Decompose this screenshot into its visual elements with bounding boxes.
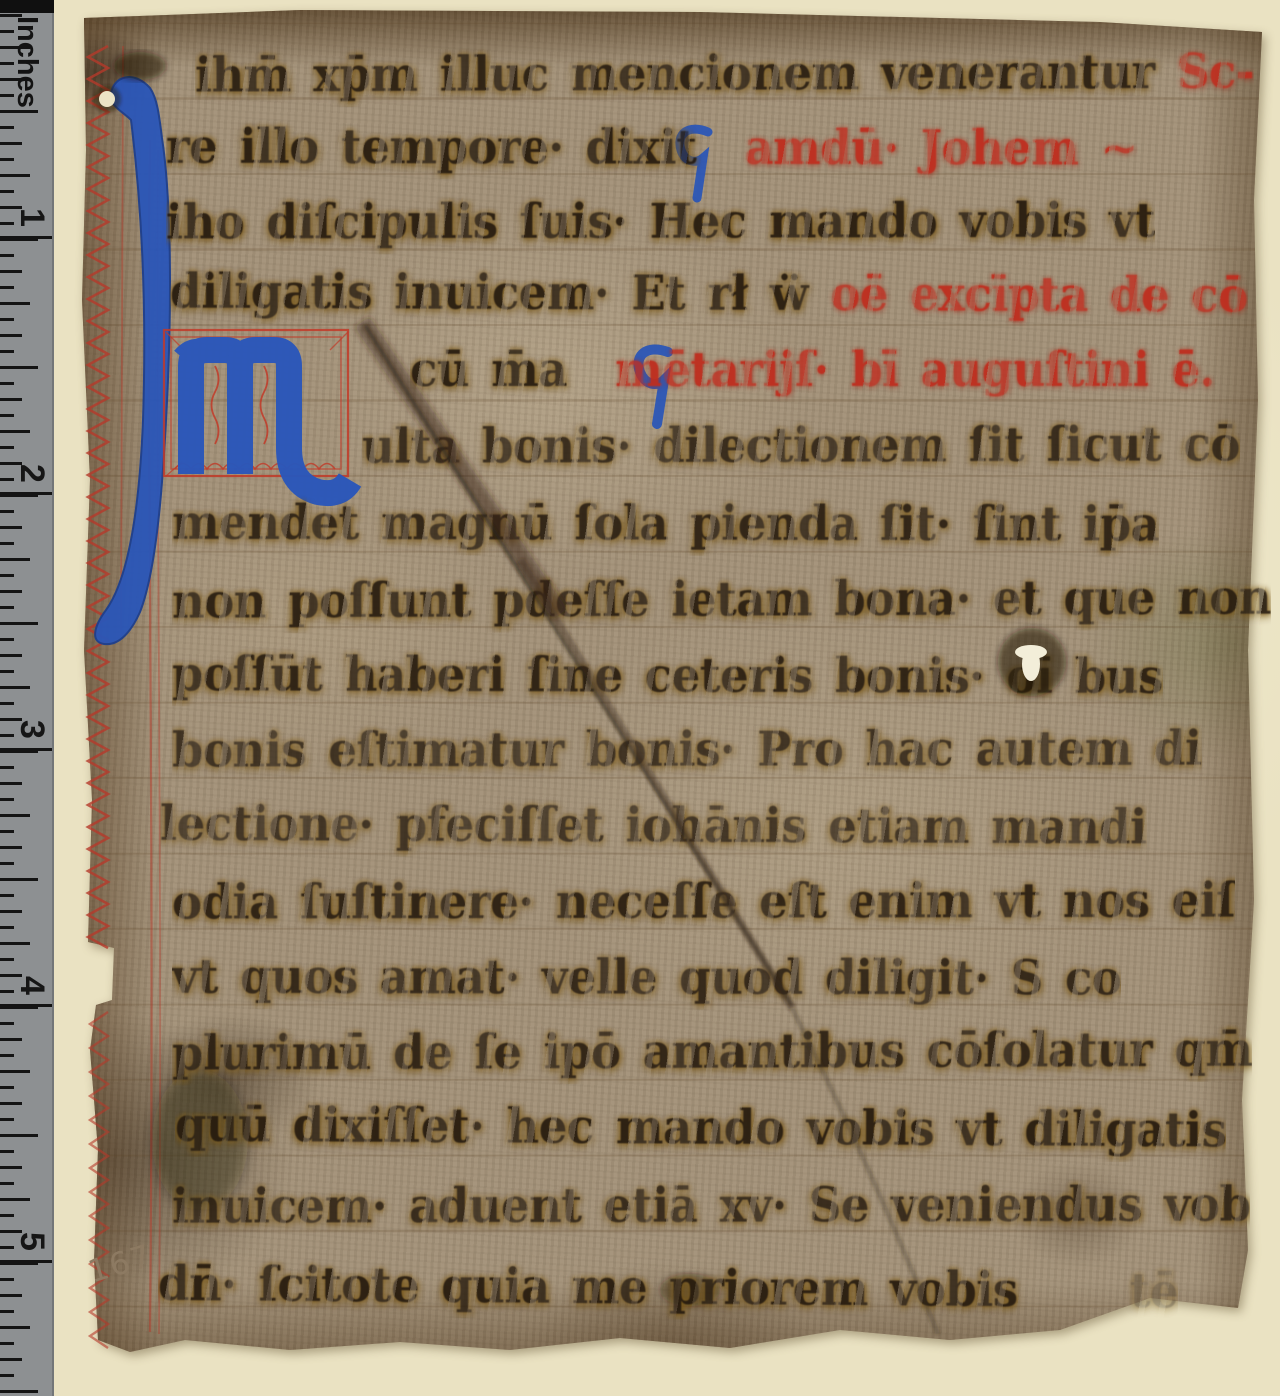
text-segment-black: mendet magnū ſola pienda ſit· ſint ip̄a	[172, 494, 1159, 552]
manuscript-text-line: quū dixiſſet· hec mando vobis vt diligat…	[175, 1093, 1227, 1162]
text-segment-faint: tē	[1130, 1263, 1179, 1320]
ruler-number: 5	[12, 1232, 51, 1251]
manuscript-text-line: bonis eſtimatur bonis· Pro hac autem di	[172, 717, 1202, 783]
text-segment-black: iho diſcipulis ſuis· Hec mando vobis vt	[166, 192, 1155, 250]
text-segment-black: inuicem· aduent etiā xv· Se veniendus vo…	[172, 1176, 1251, 1234]
text-segment-red: mētarijſ· bī auguſtini ē.	[615, 341, 1215, 397]
manuscript-text-line: odia ſuſtinere· neceſſe eſt enim vt nos …	[172, 869, 1235, 935]
ruler-number: 2	[12, 464, 51, 483]
manuscript-text-line: non poſſunt pdeſſe ietam bona· et que no…	[172, 566, 1271, 634]
manuscript-text-line: ulta bonis· dilectionem ſit ſicut cō	[362, 413, 1240, 479]
text-segment-black: cū m̄a	[410, 341, 567, 397]
text-segment-black: vt quos amat· velle quod diligit· S co	[172, 949, 1122, 1007]
manuscript-text-line: cū m̄amētarijſ· bī auguſtini ē.	[410, 338, 1215, 402]
ruler-number: 1	[12, 208, 51, 227]
manuscript-text-line: diligatis inuicem· Et rł ẅ oē excīpta de…	[170, 260, 1248, 328]
text-segment-black: quū dixiſſet· hec mando vobis vt diligat…	[175, 1096, 1227, 1158]
manuscript-text-line: re illo tempore· dixitamdū· Johem ∼	[166, 115, 1138, 180]
scan-background: ihm̄ xp̄m illuc mencionem venerantur Sc-…	[0, 0, 1280, 1396]
text-segment-black: ihm̄ xp̄m illuc mencionem venerantur	[195, 44, 1177, 104]
manuscript-text-line: dn̄· ſcitote quia me priorem vobistē	[158, 1252, 1179, 1323]
text-segment-black: bonis eſtimatur bonis· Pro hac autem di	[172, 720, 1202, 778]
text-segment-black: plurimū de ſe ipō amantibus cōſolatur qm…	[172, 1021, 1253, 1081]
ruler-number: 4	[12, 976, 51, 995]
text-segment-black: re illo tempore· dixit	[166, 118, 697, 175]
manuscript-text-line: poſſūt haberi ſine ceteris bonis· oī bus	[172, 643, 1163, 709]
text-segment-black: diligatis inuicem· Et rł ẅ	[170, 263, 830, 322]
manuscript-text-line: iho diſcipulis ſuis· Hec mando vobis vt	[166, 189, 1155, 254]
text-segment-black: lectione· pfeciſſet iohānis etiam mandi	[160, 796, 1147, 856]
manuscript-text-line: vt quos amat· velle quod diligit· S co	[172, 945, 1122, 1010]
manuscript-text-line: plurimū de ſe ipō amantibus cōſolatur qm…	[172, 1018, 1253, 1086]
text-segment-black: non poſſunt pdeſſe ietam bona· et que no…	[172, 569, 1271, 629]
manuscript-text-line: lectione· pfeciſſet iohānis etiam mandi	[160, 792, 1147, 859]
text-segment-red: amdū· Johem ∼	[744, 120, 1138, 177]
text-segment-red: Sc-	[1177, 43, 1254, 99]
manuscript-text-line: ihm̄ xp̄m illuc mencionem venerantur Sc-	[195, 40, 1254, 108]
text-segment-black: poſſūt haberi ſine ceteris bonis· oī bus	[172, 646, 1163, 705]
paraph-space	[1018, 1306, 1130, 1307]
manuscript-text-line: inuicem· aduent etiā xv· Se veniendus vo…	[172, 1173, 1251, 1239]
text-segment-red: oē excīpta de cō	[830, 266, 1248, 324]
ruler-unit-label: Inches	[10, 16, 43, 108]
text-segment-black: odia ſuſtinere· neceſſe eſt enim vt nos …	[172, 872, 1235, 930]
text-segment-black: dn̄· ſcitote quia me priorem vobis	[158, 1256, 1018, 1319]
text-segment-black: ulta bonis· dilectionem ſit ſicut cō	[362, 416, 1240, 475]
manuscript-text-line: mendet magnū ſola pienda ſit· ſint ip̄a	[172, 491, 1159, 556]
scan-edge	[0, 0, 54, 13]
ruler-number: 3	[12, 720, 51, 739]
